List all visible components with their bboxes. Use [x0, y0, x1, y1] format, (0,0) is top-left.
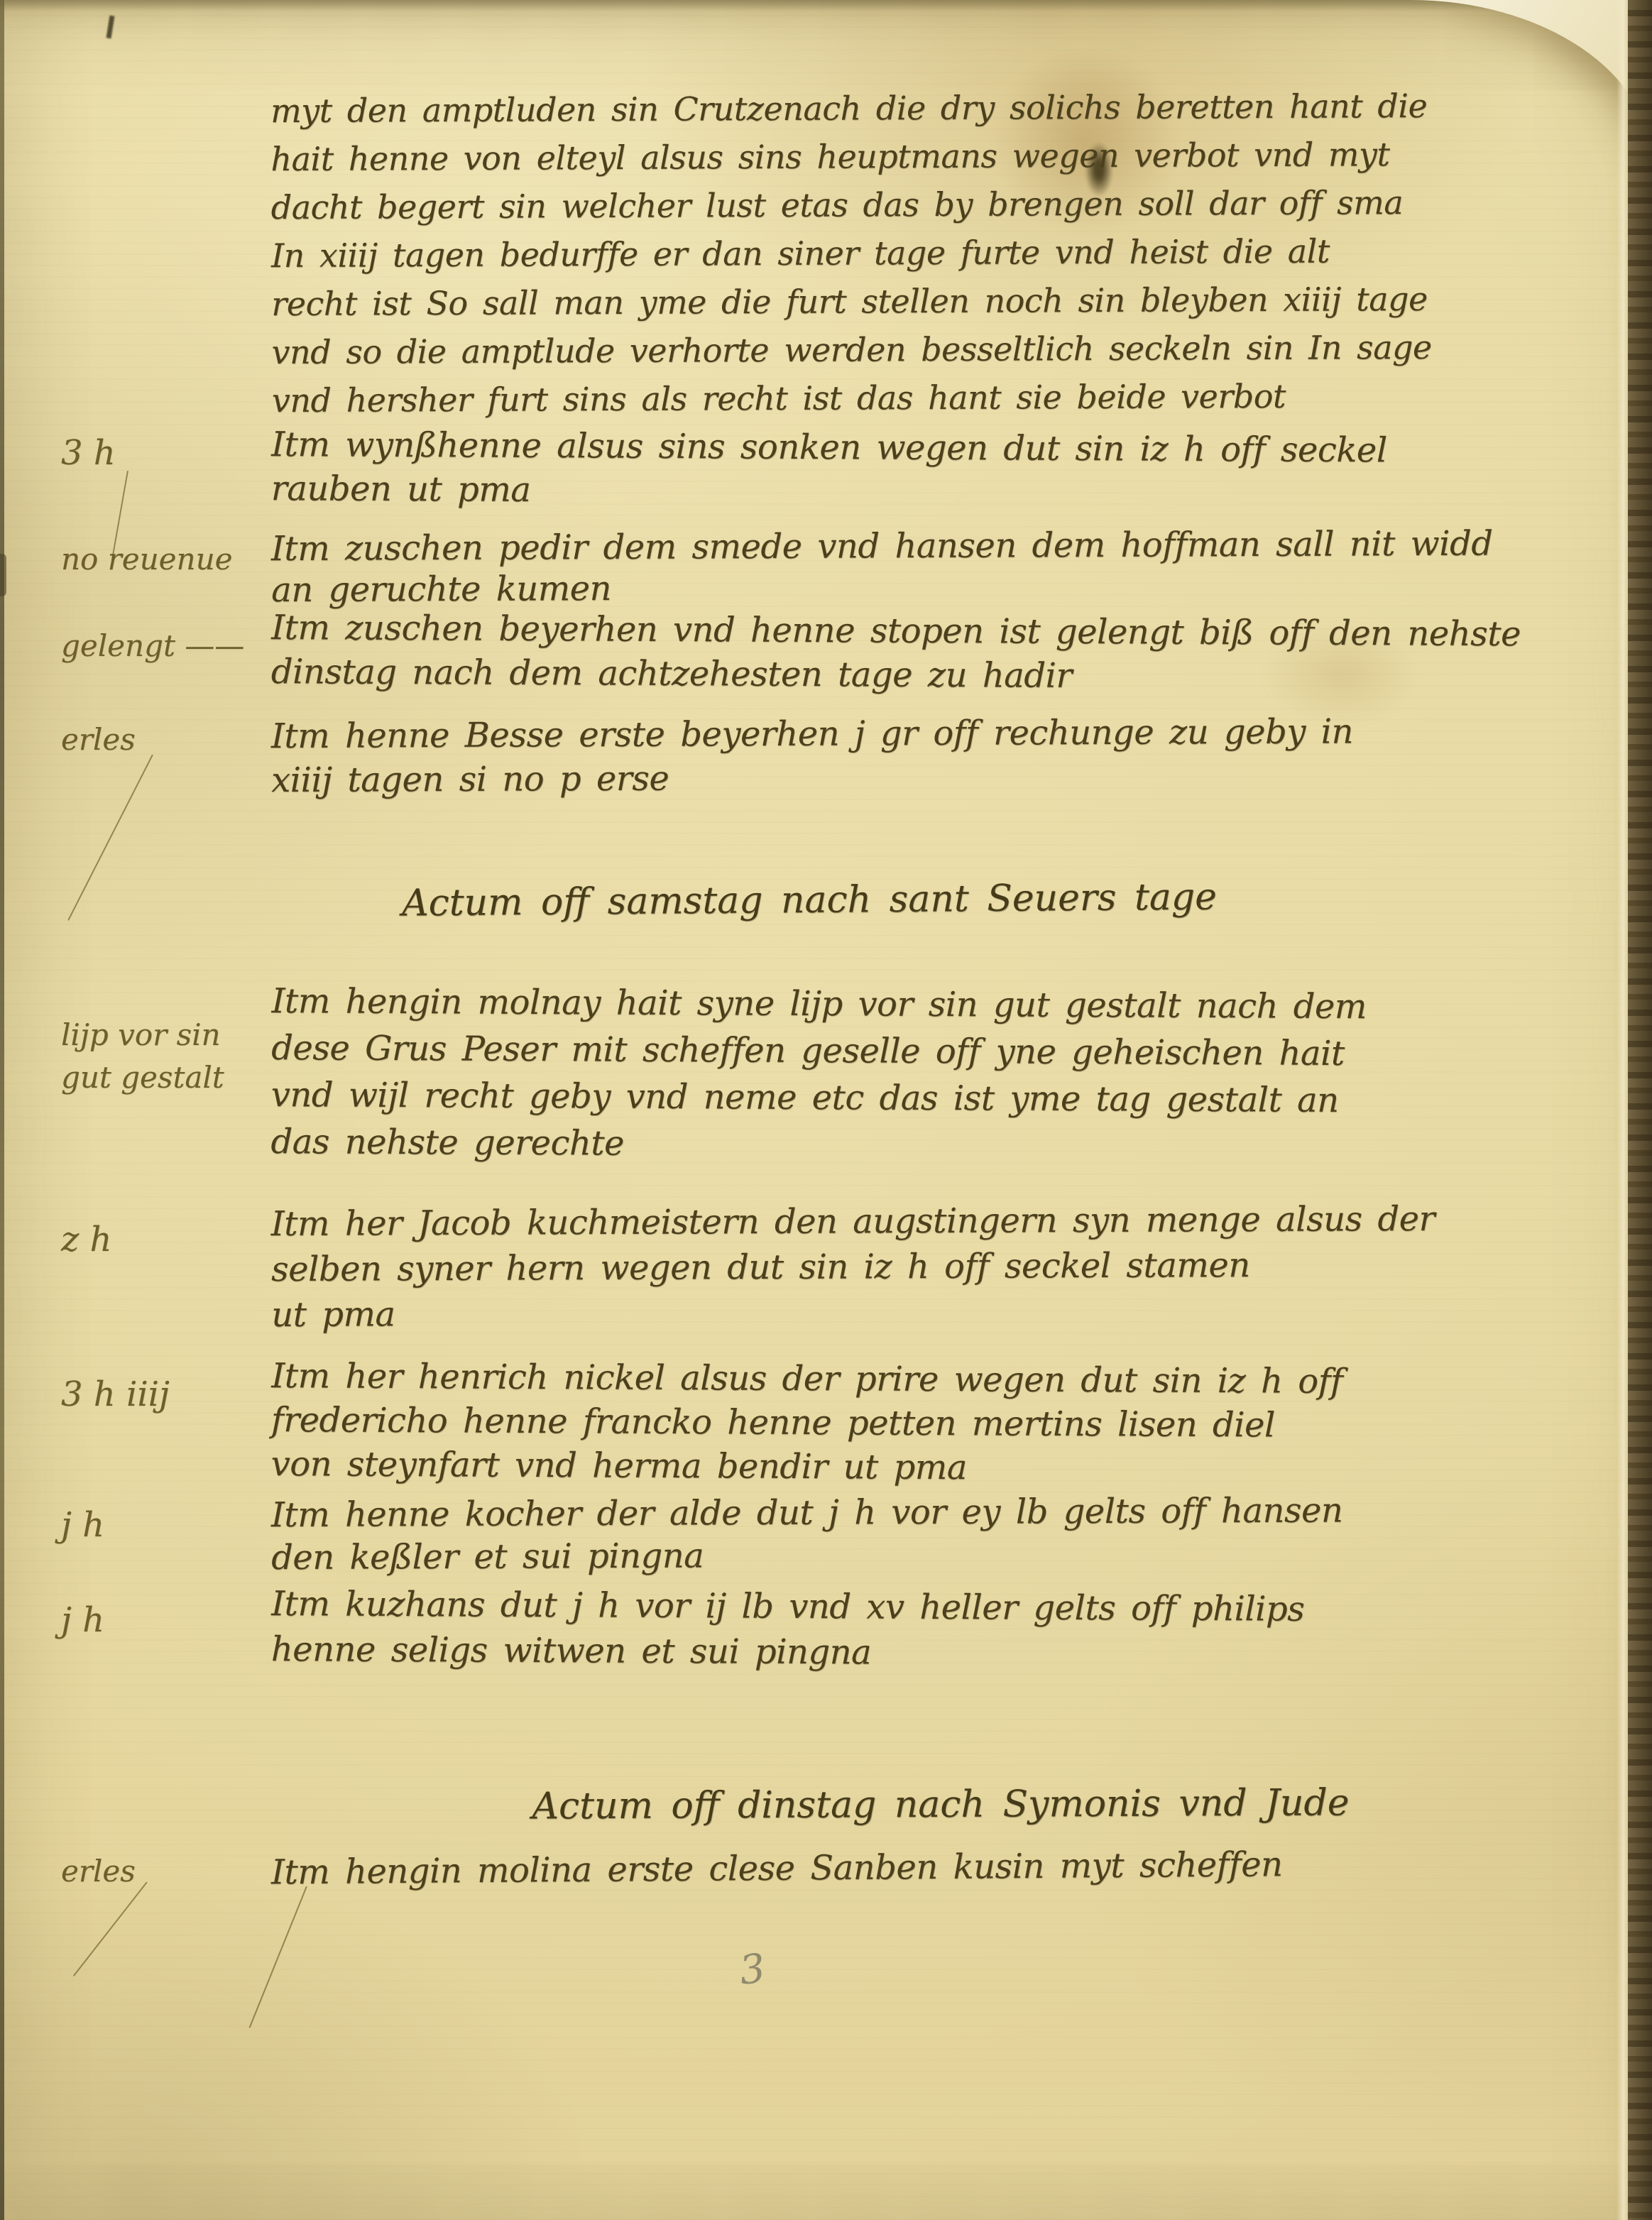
text-line: xiiij tagen si no p erse [271, 753, 1606, 802]
margin-note: 3 h [61, 432, 267, 474]
entry-block: Itm henne kocher der alde dut j h vor ey… [271, 1488, 1607, 1579]
entry-block: Itm wynßhenne alsus sins sonken wegen du… [271, 422, 1607, 518]
manuscript-page: myt den amptluden sin Crutzenach die dry… [0, 0, 1652, 2220]
text-line: von steynfart vnd herma bendir ut pma [271, 1442, 1606, 1493]
flourish-stroke [73, 1881, 148, 1976]
text-line: selben syner hern wegen dut sin iz h off… [271, 1241, 1606, 1292]
text-line: Itm henne kocher der alde dut j h vor ey… [271, 1488, 1606, 1536]
margin-note: j h [61, 1504, 267, 1546]
text-line: Itm hengin molnay hait syne lijp vor sin… [271, 978, 1606, 1032]
text-line: rauben ut pma [271, 466, 1606, 518]
session-heading: Actum off samstag nach sant Seuers tage [398, 875, 1221, 924]
text-line: Itm henne Besse erste beyerhen j gr off … [271, 709, 1606, 758]
entry-block: Itm her Jacob kuchmeistern den augstinge… [271, 1196, 1607, 1338]
flourish-stroke [67, 755, 153, 921]
margin-note: no reuenue [61, 538, 267, 581]
margin-note: gelengt —— [61, 625, 267, 667]
text-line: Itm hengin molina erste clese Sanben kus… [271, 1839, 1606, 1896]
text-line: vnd wijl recht geby vnd neme etc das ist… [271, 1071, 1606, 1125]
text-line: fredericho henne francko henne petten me… [271, 1398, 1606, 1449]
text-line: myt den amptluden sin Crutzenach die dry… [270, 81, 1605, 135]
text-line: vnd hersher furt sins als recht ist das … [272, 371, 1607, 425]
text-line: das nehste gerechte [270, 1118, 1605, 1172]
margin-note: erles [61, 718, 267, 761]
text-line: dacht begert sin welcher lust etas das b… [271, 177, 1606, 231]
entry-block: Itm hengin molnay hait syne lijp vor sin… [270, 978, 1606, 1172]
text-line: In xiiij tagen bedurffe er dan siner tag… [271, 226, 1606, 280]
entry-block: Itm her henrich nickel alsus der prire w… [271, 1354, 1607, 1493]
entry-block: Itm kuzhans dut j h vor ij lb vnd xv hel… [271, 1581, 1607, 1679]
text-line: Itm her Jacob kuchmeistern den augstinge… [271, 1196, 1606, 1247]
flourish-stroke [249, 1886, 307, 2028]
text-line: Itm kuzhans dut j h vor ij lb vnd xv hel… [271, 1581, 1606, 1634]
entry-block: myt den amptluden sin Crutzenach die dry… [270, 81, 1607, 425]
session-heading: Actum off dinstag nach Symonis vnd Jude [497, 1781, 1384, 1827]
entry-block: Itm hengin molina erste clese Sanben kus… [271, 1839, 1606, 1896]
text-line: Itm wynßhenne alsus sins sonken wegen du… [271, 422, 1606, 474]
text-line: dinstag nach dem achtzehesten tage zu ha… [271, 650, 1606, 701]
page-number: 3 [737, 1945, 767, 1994]
text-line: den keßler et sui pingna [271, 1531, 1606, 1579]
text-line: henne seligs witwen et sui pingna [271, 1626, 1606, 1679]
entry-block: Itm henne Besse erste beyerhen j gr off … [271, 709, 1607, 802]
text-line: vnd so die amptlude verhorte werden bess… [271, 322, 1606, 376]
margin-note: j h [61, 1599, 267, 1641]
margin-note: erles [61, 1850, 267, 1893]
margin-note: 3 h iiij [61, 1373, 267, 1416]
margin-note: z h [61, 1218, 267, 1261]
entry-block: Itm zuschen beyerhen vnd henne stopen is… [271, 606, 1607, 701]
margin-note: lijp vor sin gut gestalt [61, 1014, 267, 1099]
text-line: Itm her henrich nickel alsus der prire w… [271, 1354, 1606, 1405]
text-line: Itm zuschen beyerhen vnd henne stopen is… [271, 606, 1606, 657]
text-line: Itm zuschen pedir dem smede vnd hansen d… [271, 523, 1606, 569]
text-line: ut pma [271, 1286, 1606, 1338]
entry-block: Itm zuschen pedir dem smede vnd hansen d… [271, 523, 1606, 611]
text-line: hait henne von elteyl alsus sins heuptma… [270, 129, 1605, 183]
text-line: dese Grus Peser mit scheffen geselle off… [271, 1024, 1606, 1078]
text-line: an geruchte kumen [271, 564, 1606, 611]
manuscript-text: myt den amptluden sin Crutzenach die dry… [0, 0, 1652, 2220]
text-line: recht ist So sall man yme die furt stell… [271, 274, 1606, 328]
